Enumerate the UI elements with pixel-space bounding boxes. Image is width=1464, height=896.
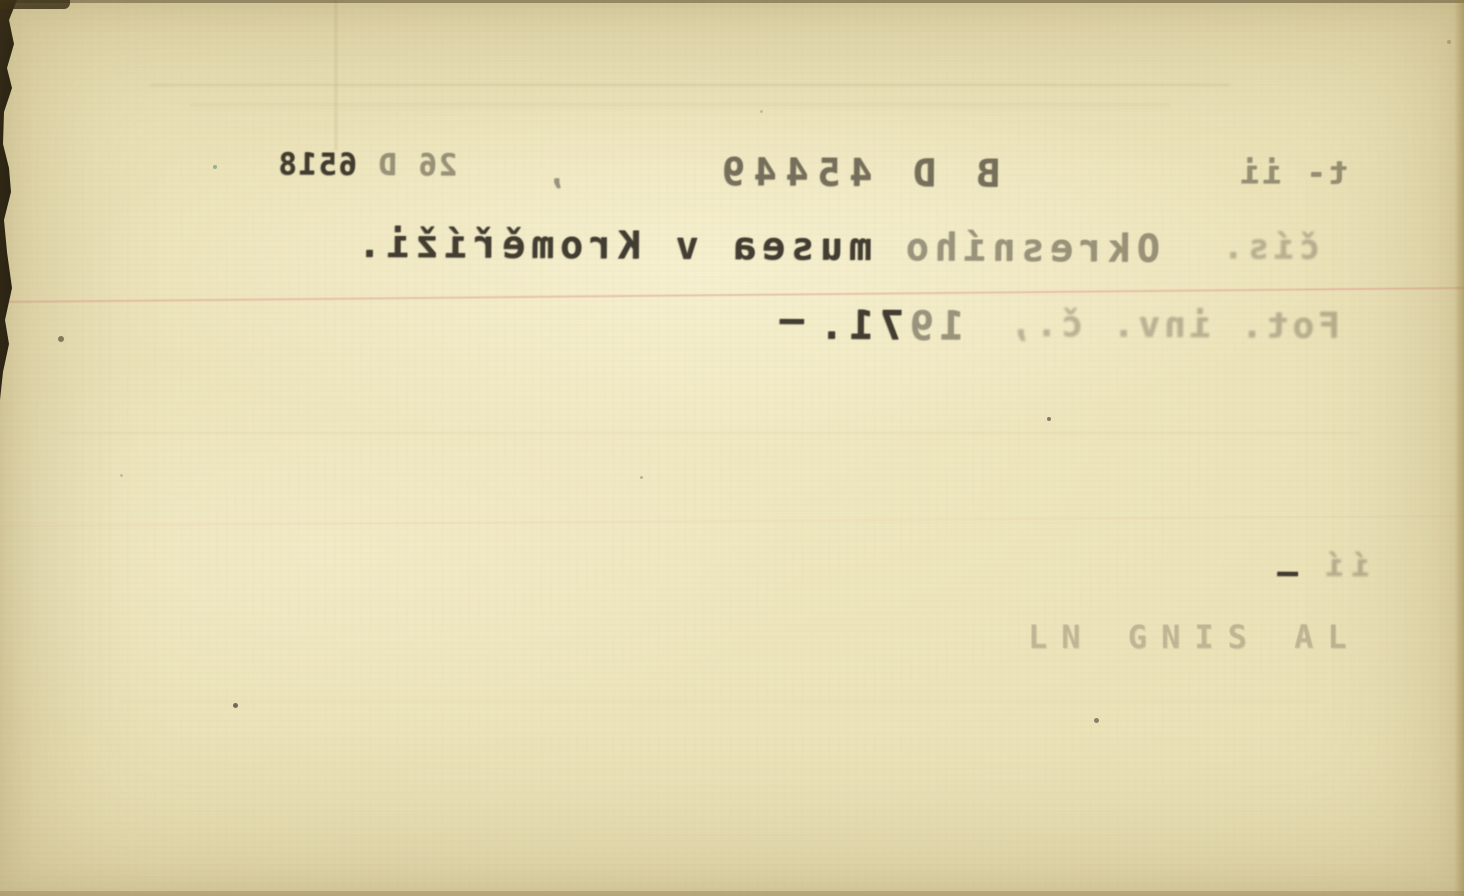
scan-edge-right — [1454, 0, 1464, 896]
scan-edge-bottom — [0, 891, 1464, 896]
mirrored-ticks: íí — [1318, 549, 1370, 584]
mirrored-inventory-number-2: 6518 — [277, 147, 357, 182]
mirrored-year-faint: 19 — [904, 303, 964, 349]
typewriter-line-year: Fot. inv. č., 19 71. — — [0, 298, 1464, 363]
ink-speck — [1047, 417, 1051, 421]
mirrored-dash: — — [780, 296, 804, 342]
mirrored-smudge: Fot. inv. č., — [1006, 304, 1340, 347]
scan-edge-artifact-left — [0, 0, 20, 400]
ghost-impression-line — [60, 432, 1360, 434]
mirrored-prefix: čís. — [1218, 227, 1320, 268]
ink-speck — [120, 474, 123, 477]
scan-vignette — [0, 0, 1464, 896]
typewriter-line-inventory: t- ii B D 45449 , 26 D 6518 — [0, 146, 1464, 211]
ink-speck — [640, 476, 643, 479]
ghost-impression-line — [150, 84, 1230, 86]
ink-speck — [1094, 718, 1099, 723]
paper-texture — [0, 0, 1464, 896]
paper-grain — [0, 0, 1464, 896]
ink-speck — [1447, 40, 1451, 44]
ink-speck — [213, 165, 217, 169]
scan-edge-top-left — [0, 0, 70, 9]
mirrored-institution-main: musea v Kroměříži. — [352, 222, 872, 269]
ruled-line-faint — [0, 515, 1464, 527]
mirrored-stray-comma: , — [548, 157, 566, 192]
scan-edge-top — [0, 0, 1464, 3]
ruled-line — [0, 287, 1464, 303]
mirrored-fragment-start: t- ii — [1238, 153, 1348, 192]
mirrored-institution-word-faint: Okresního — [900, 225, 1160, 271]
typewriter-fragment-lower: íí — — [0, 541, 1464, 606]
ghost-impression-line — [190, 104, 1170, 106]
ghost-stamp-caps: LN GNIS AL — [1028, 618, 1361, 656]
mirrored-year-main: 71. — [814, 302, 905, 349]
ink-speck — [58, 336, 64, 342]
ink-speck — [760, 110, 763, 113]
mirrored-inventory-number-2-prefix: 26 D — [357, 148, 458, 184]
mirrored-inventory-number-1: B D 45449 — [713, 150, 1000, 196]
paper-crease — [335, 0, 337, 150]
typewriter-line-institution: čís. Okresního musea v Kroměříži. — [0, 220, 1464, 285]
ghost-impression-line — [120, 700, 1320, 702]
ink-speck — [233, 703, 238, 708]
scanned-card: t- ii B D 45449 , 26 D 6518 čís. Okresní… — [0, 0, 1464, 896]
mirrored-lower-dash: — — [1277, 552, 1298, 592]
